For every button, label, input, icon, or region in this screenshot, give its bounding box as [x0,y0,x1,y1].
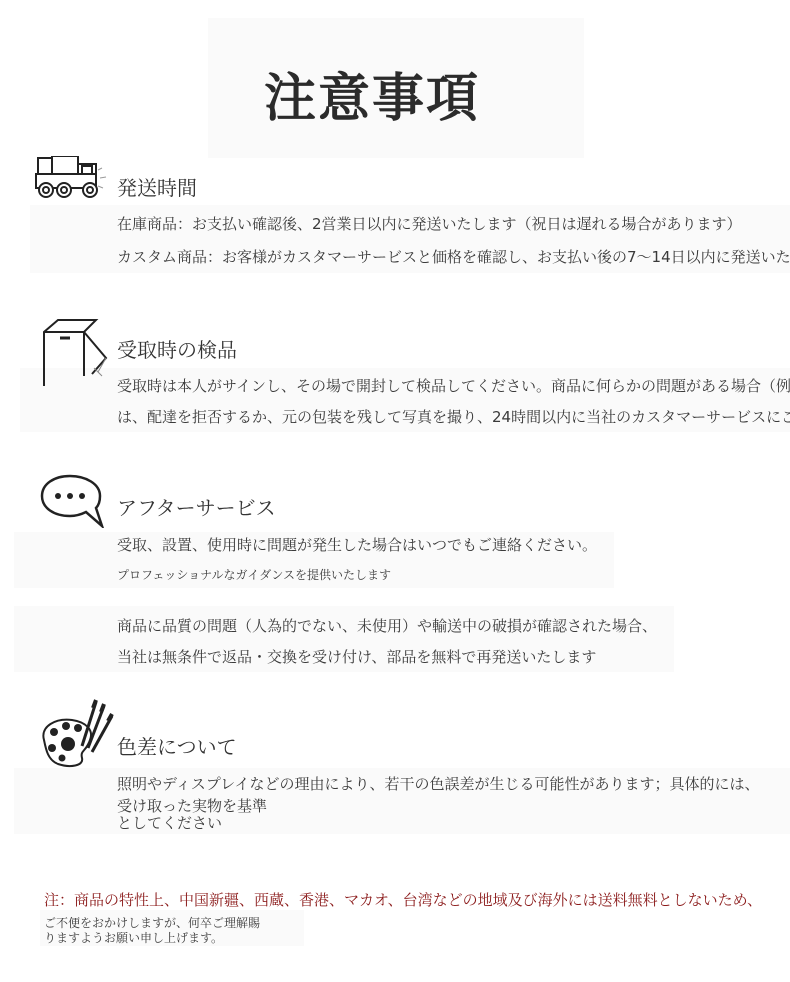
note-line-1: 注：商品の特性上、中国新疆、西蔵、香港、マカオ、台湾などの地域及び海外には送料無… [44,889,762,910]
after-service-line-4: 当社は無条件で返品・交換を受け付け、部品を無料で再発送いたします [117,646,596,667]
speech-bubble-icon [40,474,106,532]
shipping-line-1: 在庫商品：お支払い確認後、2営業日以内に発送いたします（祝日は遅れる場合がありま… [117,213,742,234]
after-service-line-1: 受取、設置、使用時に問題が発生した場合はいつでもご連絡ください。 [117,534,597,555]
after-service-line-2: プロフェッショナルなガイダンスを提供いたします [117,566,391,583]
after-service-line-3: 商品に品質の問題（人為的でない、未使用）や輸送中の破損が確認された場合、 [117,615,657,636]
section-heading-color-difference: 色差について [117,731,237,760]
inspection-line-2: は、配達を拒否するか、元の包装を残して写真を撮り、24時間以内に当社のカスタマー… [117,406,790,427]
inspection-line-1: 受取時は本人がサインし、その場で開封して検品してください。商品に何らかの問題があ… [117,375,790,396]
truck-icon [34,156,114,206]
section-heading-inspection: 受取時の検品 [117,334,237,363]
section-heading-shipping: 発送時間 [117,172,197,201]
color-line-2: 受け取った実物を基準 [117,797,267,815]
note-line-3: りますようお願い申し上げます。 [44,929,223,946]
paint-palette-icon [40,696,116,772]
box-icon [40,318,110,394]
color-line-3: としてください [117,814,222,832]
section-heading-after-service: アフターサービス [117,492,276,521]
color-line-1: 照明やディスプレイなどの理由により、若干の色誤差が生じる可能性があります；具体的… [117,773,759,794]
shipping-line-2: カスタム商品：お客様がカスタマーサービスと価格を確認し、お支払い後の7〜14日以… [117,246,790,267]
page-title: 注意事項 [264,56,480,131]
